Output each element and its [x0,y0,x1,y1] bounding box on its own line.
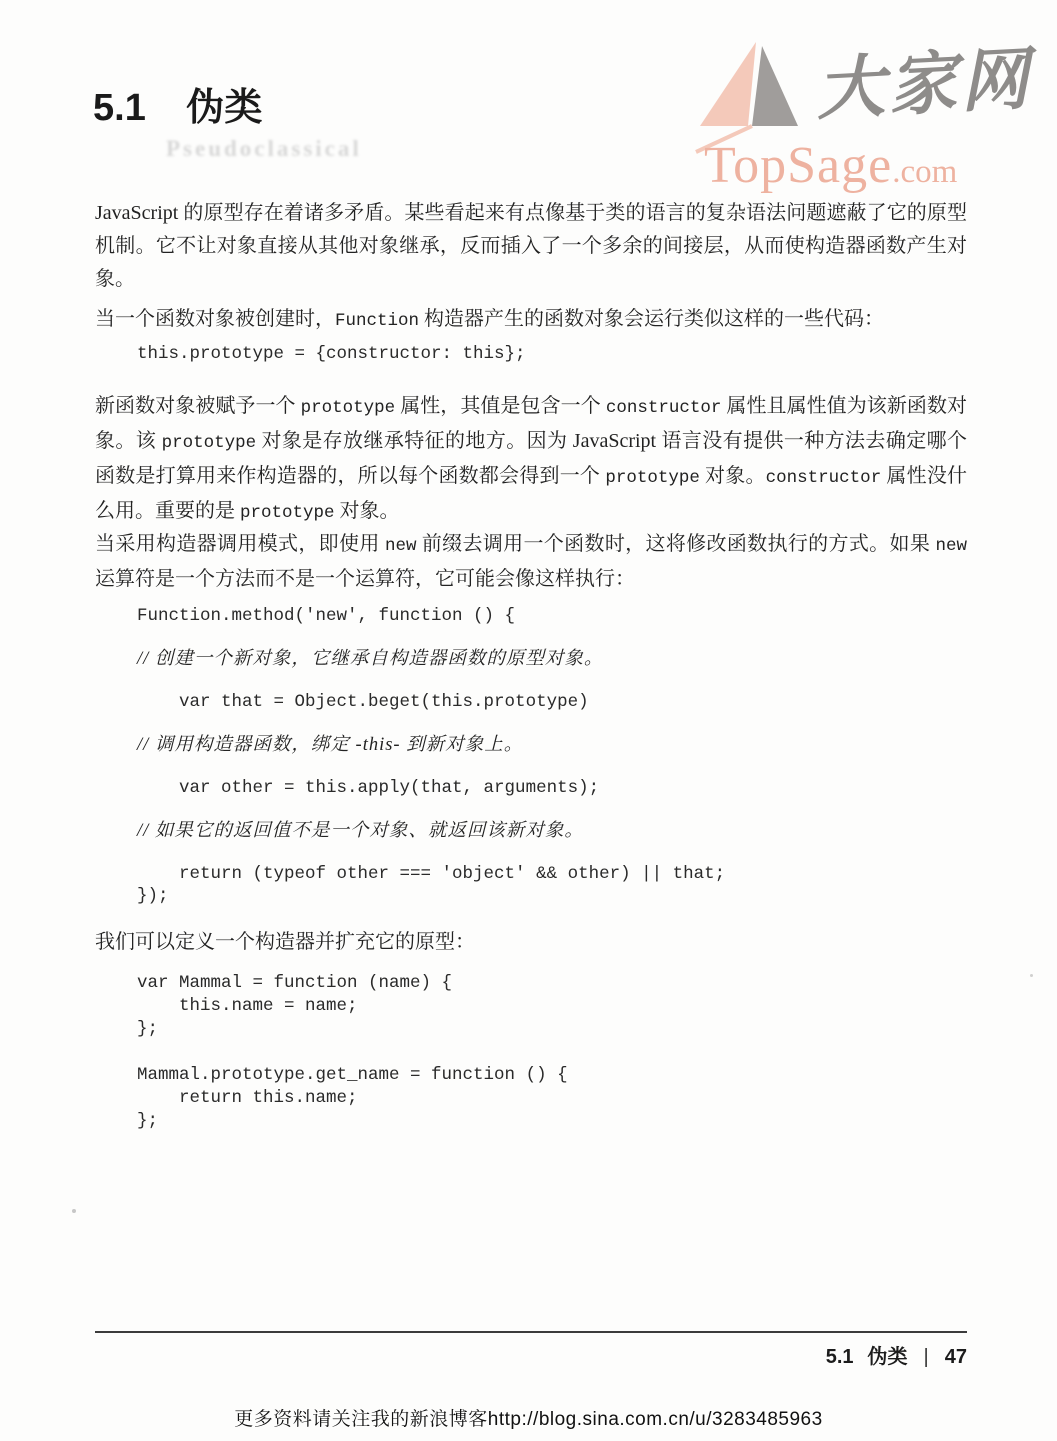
blog-note: 更多资料请关注我的新浪博客http://blog.sina.com.cn/u/3… [0,1404,1057,1431]
code-line [137,1041,967,1064]
inline-code: prototype [301,398,396,418]
ghost-bleedthrough-text: Pseudoclassical [166,136,362,162]
text-segment: JavaScript 的原型存在着诸多矛盾。某些看起来有点像基于类的语言的复杂语… [95,202,967,290]
section-number: 5.1 [93,87,146,129]
code-comment-line: // 创建一个新对象，它继承自构造器函数的原型对象。 [137,649,967,671]
code-line [137,800,967,822]
footer-section-title: 伪类 [868,1346,908,1368]
book-page: 大家网 TopSage.com 5.1 伪类 Pseudoclassical J… [0,0,1057,1441]
code-line: Function.method('new', function () { [137,606,967,628]
text-segment: 属性，其值是包含一个 [395,395,606,417]
inline-code: prototype [605,468,700,488]
section-heading: 5.1 伪类 [93,76,262,131]
text-segment: 我们可以定义一个构造器并扩充它的原型： [95,931,475,953]
text-segment: 对象。 [700,465,766,487]
text-segment: 构造器产生的函数对象会运行类似这样的一些代码： [419,308,884,330]
paragraph-1: JavaScript 的原型存在着诸多矛盾。某些看起来有点像基于类的语言的复杂语… [95,197,967,296]
code-block-2: Function.method('new', function () {// 创… [137,606,967,907]
text-segment: 新函数对象被赋予一个 [95,395,301,417]
inline-code: constructor [766,468,882,488]
paragraph-2: 当一个函数对象被创建时，Function 构造器产生的函数对象会运行类似这样的一… [95,303,967,338]
inline-code: new [936,536,968,556]
footer-divider: | [924,1346,929,1368]
text-segment: 运算符是一个方法而不是一个运算符，它可能会像这样执行： [95,568,635,590]
code-line: var Mammal = function (name) { [137,972,967,995]
page-footer: 5.1伪类|47 [95,1340,967,1369]
inline-code: prototype [162,433,257,453]
code-line [137,843,967,865]
code-line [137,714,967,736]
watermark: 大家网 TopSage.com [688,28,1048,203]
code-line: this.prototype = {constructor: this}; [137,344,967,365]
text-segment: 当一个函数对象被创建时， [95,308,335,330]
footer-page-number: 47 [945,1346,967,1368]
code-line [137,628,967,650]
code-line: return (typeof other === 'object' && oth… [137,864,967,886]
paragraph-5: 我们可以定义一个构造器并扩充它的原型： [95,926,967,959]
code-block-3: var Mammal = function (name) { this.name… [137,972,967,1133]
code-block-1: this.prototype = {constructor: this}; [137,344,967,365]
code-line: var other = this.apply(that, arguments); [137,778,967,800]
scan-speck [72,1209,76,1213]
footer-section-number: 5.1 [826,1346,854,1368]
code-comment-line: // 调用构造器函数，绑定 -this- 到新对象上。 [137,735,967,757]
code-comment-line: // 如果它的返回值不是一个对象、就返回该新对象。 [137,821,967,843]
text-segment: 对象。 [335,500,400,522]
code-line [137,757,967,779]
watermark-site-name: TopSage [704,137,892,194]
scan-speck [1030,974,1033,977]
text-segment: 当采用构造器调用模式，即使用 [95,533,385,555]
code-line: return this.name; [137,1087,967,1110]
inline-code: constructor [606,398,722,418]
watermark-site-text: TopSage.com [704,136,957,195]
paragraph-3: 新函数对象被赋予一个 prototype 属性，其值是包含一个 construc… [95,390,967,530]
code-line: Mammal.prototype.get_name = function () … [137,1064,967,1087]
inline-code: new [385,536,417,556]
section-title: 伪类 [186,87,262,129]
code-line: var that = Object.beget(this.prototype) [137,692,967,714]
text-segment: 前缀去调用一个函数时，这将修改函数执行的方式。如果 [417,533,936,555]
code-line: }); [137,886,967,908]
code-line: this.name = name; [137,995,967,1018]
code-line: }; [137,1018,967,1041]
inline-code: prototype [240,503,335,523]
inline-code: Function [335,311,419,331]
watermark-site-tld: .com [892,154,957,190]
code-line [137,671,967,693]
watermark-brand-text: 大家网 [814,24,1049,133]
paragraph-4: 当采用构造器调用模式，即使用 new 前缀去调用一个函数时，这将修改函数执行的方… [95,528,967,596]
code-line: }; [137,1110,967,1133]
footer-rule [95,1331,967,1333]
